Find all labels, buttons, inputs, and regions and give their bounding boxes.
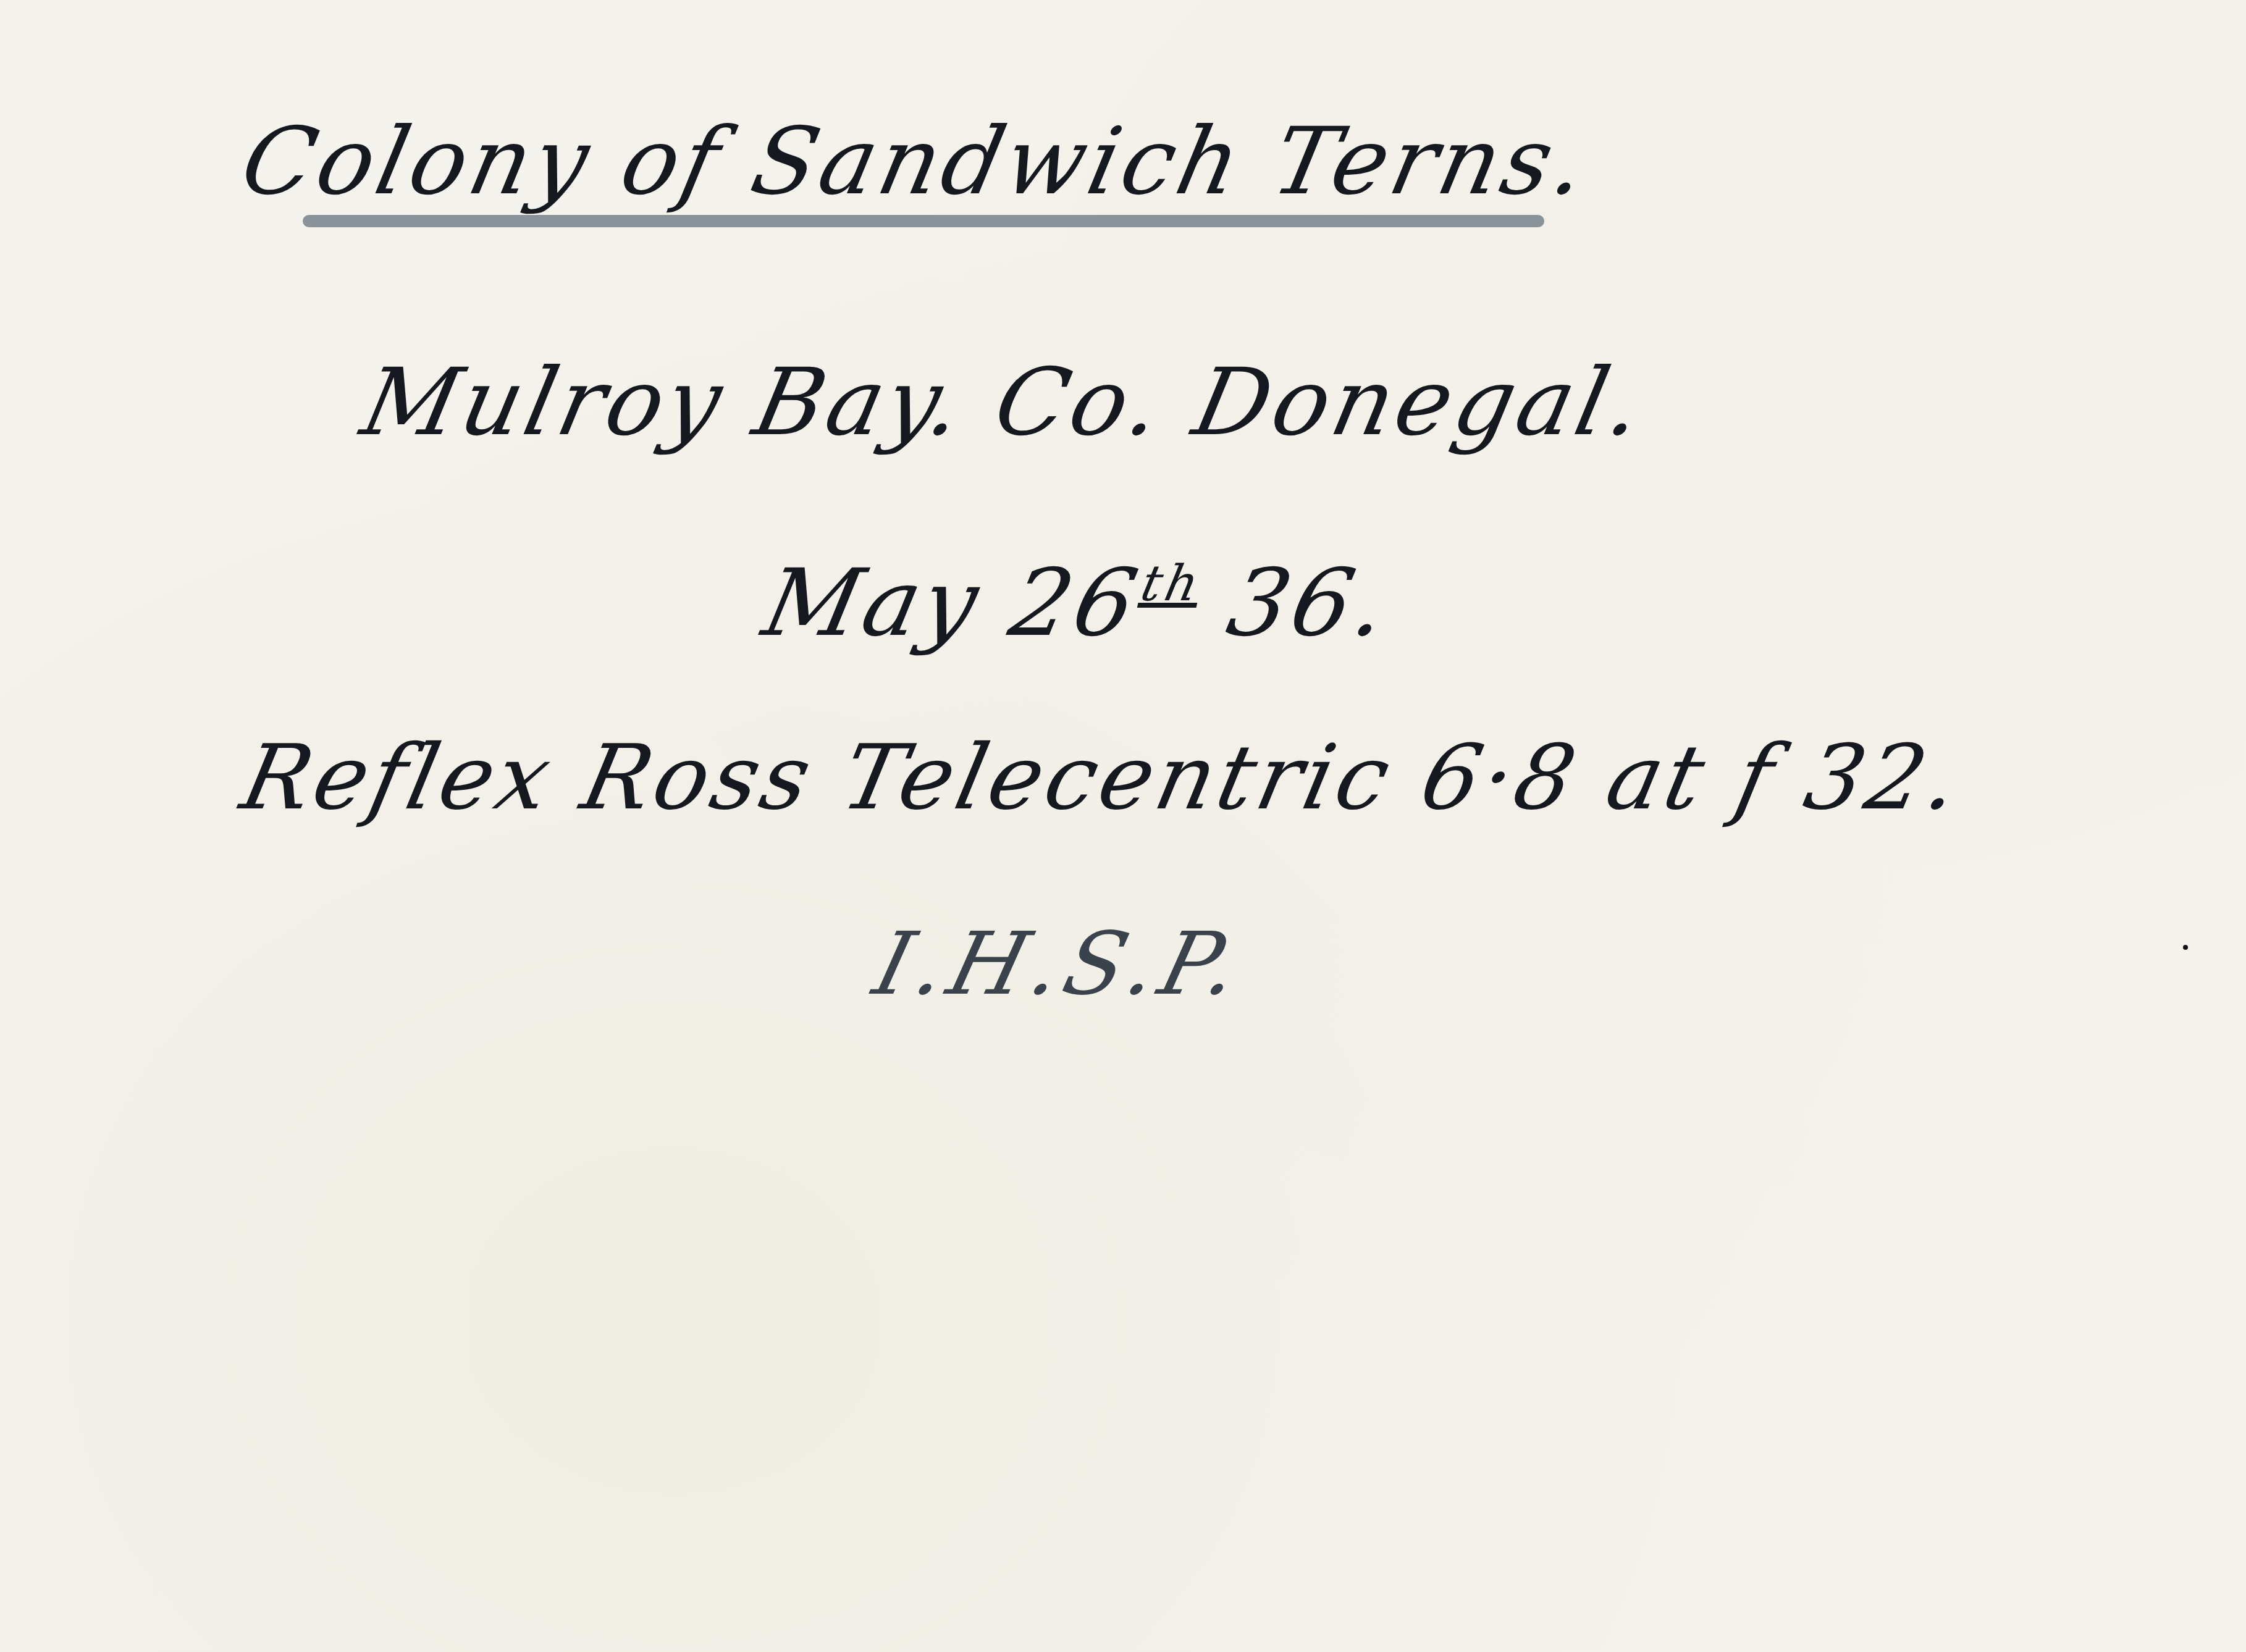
date-line: May 26th 36. <box>755 550 1400 657</box>
lens-note: Reflex Ross Telecentric 6·8 at f 32. <box>233 726 1972 830</box>
date-main: May 26 <box>755 550 1150 657</box>
author-initials: I.H.S.P. <box>865 914 1256 1015</box>
title-underline <box>303 215 1544 227</box>
handwritten-card: Colony of Sandwich Terns. Mulroy Bay. Co… <box>0 0 2246 1652</box>
date-year: 36. <box>1185 550 1400 657</box>
card-title: Colony of Sandwich Terns. <box>233 108 1600 216</box>
ink-speck <box>2183 945 2188 950</box>
location-line: Mulroy Bay. Co. Donegal. <box>353 349 1655 456</box>
